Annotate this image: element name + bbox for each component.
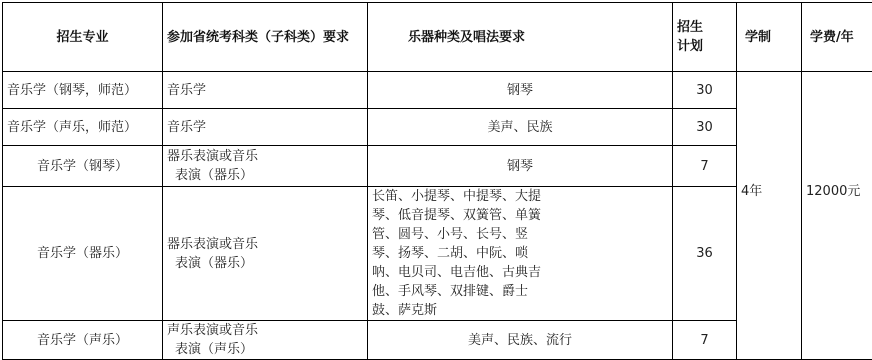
header-plan-line1: 招生 [677, 18, 732, 37]
subject-line2: 表演（器乐） [167, 166, 363, 185]
cell-fee: 12000元 [802, 72, 872, 344]
subject-line2: 表演（器乐） [167, 254, 363, 273]
cell-major: 音乐学（钢琴，师范） [3, 72, 163, 109]
cell-instrument-requirement: 钢琴 [368, 72, 673, 109]
cell-plan: 36 [673, 187, 737, 321]
header-instrument-requirement: 乐器种类及唱法要求 [368, 3, 673, 72]
cell-duration: 4年 [737, 72, 802, 344]
cell-instrument-requirement: 钢琴 [368, 146, 673, 187]
cell-major: 音乐学（声乐，师范） [3, 109, 163, 146]
subject-line1: 声乐表演或音乐 [167, 321, 363, 340]
cell-subject-requirement: 器乐表演或音乐 表演（器乐） [163, 146, 368, 187]
cell-plan: 7 [673, 321, 737, 344]
header-fee: 学费/年 [802, 3, 872, 72]
cell-instrument-requirement: 美声、民族、流行 [368, 321, 673, 344]
cell-plan: 7 [673, 146, 737, 187]
header-major: 招生专业 [3, 3, 163, 72]
header-subject-requirement: 参加省统考科类（子科类）要求 [163, 3, 368, 72]
subject-line1: 器乐表演或音乐 [167, 235, 363, 254]
header-duration: 学制 [737, 3, 802, 72]
table-row: 音乐学（钢琴，师范） 音乐学 钢琴 30 4年 12000元 [3, 72, 872, 109]
cell-plan: 30 [673, 109, 737, 146]
cell-subject-requirement: 音乐学 [163, 72, 368, 109]
cell-plan: 30 [673, 72, 737, 109]
header-enrollment-plan: 招生 计划 [673, 3, 737, 72]
subject-line1: 器乐表演或音乐 [167, 147, 363, 166]
cell-subject-requirement: 声乐表演或音乐 表演（声乐） [163, 321, 368, 344]
cell-major: 音乐学（器乐） [3, 187, 163, 321]
cell-instrument-requirement: 长笛、小提琴、中提琴、大提琴、低音提琴、双簧管、单簧管、圆号、小号、长号、竖琴、… [368, 187, 673, 321]
header-plan-line2: 计划 [677, 37, 732, 56]
admissions-table: 招生专业 参加省统考科类（子科类）要求 乐器种类及唱法要求 招生 计划 学制 学… [2, 2, 872, 343]
cell-major: 音乐学（声乐） [3, 321, 163, 344]
header-row: 招生专业 参加省统考科类（子科类）要求 乐器种类及唱法要求 招生 计划 学制 学… [3, 3, 872, 72]
cell-instrument-requirement: 美声、民族 [368, 109, 673, 146]
cell-major: 音乐学（钢琴） [3, 146, 163, 187]
cell-subject-requirement: 音乐学 [163, 109, 368, 146]
cell-subject-requirement: 器乐表演或音乐 表演（器乐） [163, 187, 368, 321]
